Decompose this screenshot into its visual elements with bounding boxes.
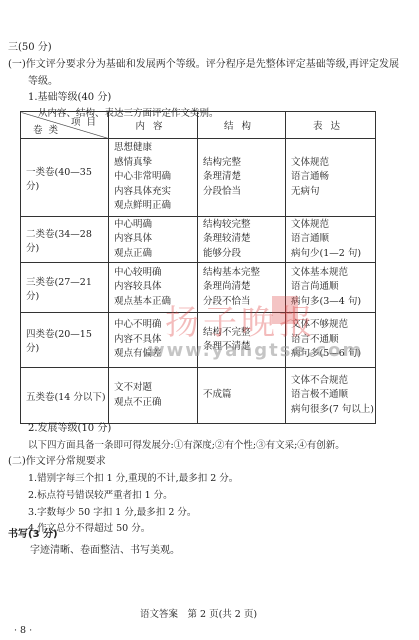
- rule-item: 1.错别字每三个扣 1 分,重现的不计,最多扣 2 分。: [28, 473, 238, 485]
- footer-center: 语文答案 第 2 页(共 2 页): [140, 609, 257, 621]
- structure-cell-line: 分段恰当: [203, 185, 285, 200]
- expression-cell-line: 文体规范: [291, 156, 375, 171]
- column-header-expression: 表达: [286, 112, 376, 139]
- table-header-row: 项目 卷类 内容 结构 表达: [21, 112, 376, 139]
- content-cell-line: 观点鲜明正确: [114, 199, 197, 214]
- development-grade-text: 以下四方面具备一条即可得发展分:①有深度;②有个性;③有文采;④有创新。: [28, 440, 345, 452]
- category-cell: 二类卷(34—28 分): [21, 217, 109, 263]
- content-cell: 中心不明确内容不具体观点有偏差: [109, 313, 198, 368]
- content-cell-line: 观点不正确: [114, 396, 197, 411]
- content-cell-line: 内容具体: [114, 232, 197, 247]
- structure-cell-line: 条理尚清楚: [203, 280, 285, 295]
- content-cell-line: 观点正确: [114, 247, 197, 262]
- content-cell-line: 中心不明确: [114, 318, 197, 333]
- writing-text: 字迹清晰、卷面整洁、书写美观。: [30, 545, 180, 557]
- expression-cell-line: 病句多(3—4 句): [291, 295, 375, 310]
- part2-heading: (二)作文评分常规要求: [8, 456, 106, 468]
- structure-cell: 结构完整条理清楚分段恰当: [198, 139, 286, 217]
- structure-cell-line: 条理清楚: [203, 170, 285, 185]
- expression-cell-line: 病句少(1—2 句): [291, 247, 375, 262]
- category-cell: 一类卷(40—35 分): [21, 139, 109, 217]
- structure-cell-line: 结构不完整: [203, 326, 285, 341]
- structure-cell: 不成篇: [198, 368, 286, 424]
- section-title: 三(50 分): [8, 42, 52, 54]
- content-cell: 中心明确内容具体观点正确: [109, 217, 198, 263]
- expression-cell-line: 无病句: [291, 185, 375, 200]
- header-corner-cell: 项目 卷类: [21, 112, 109, 139]
- writing-title: 书写(3 分): [8, 529, 58, 541]
- part1-heading-cont: 等级。: [28, 76, 58, 88]
- expression-cell-line: 文体基本规范: [291, 266, 375, 281]
- expression-cell: 文体规范语言通畅无病句: [286, 139, 376, 217]
- header-corner-bottom: 卷类: [33, 122, 64, 136]
- content-cell-line: 中心非常明确: [114, 170, 197, 185]
- structure-cell-line: 不成篇: [203, 388, 285, 403]
- structure-cell-line: 分段不恰当: [203, 295, 285, 310]
- content-cell-line: 感情真挚: [114, 156, 197, 171]
- content-cell-line: 文不对题: [114, 381, 197, 396]
- grading-table: 项目 卷类 内容 结构 表达 一类卷(40—35 分)思想健康感情真挚中心非常明…: [20, 111, 376, 424]
- column-header-content: 内容: [109, 112, 198, 139]
- expression-cell: 文体规范语言通顺病句少(1—2 句): [286, 217, 376, 263]
- content-cell-line: 内容不具体: [114, 333, 197, 348]
- expression-cell-line: 语言通顺: [291, 232, 375, 247]
- structure-cell-line: 能够分段: [203, 247, 285, 262]
- structure-cell: 结构基本完整条理尚清楚分段不恰当: [198, 263, 286, 313]
- category-cell: 四类卷(20—15 分): [21, 313, 109, 368]
- rule-item: 3.字数每少 50 字扣 1 分,最多扣 2 分。: [28, 507, 196, 519]
- basic-grade-title: 1.基础等级(40 分): [28, 92, 111, 104]
- expression-cell: 文体不够规范语言不通顺病句多(5—6 句): [286, 313, 376, 368]
- structure-cell-line: 结构完整: [203, 156, 285, 171]
- expression-cell-line: 文体不够规范: [291, 318, 375, 333]
- expression-cell: 文体基本规范语言尚通顺病句多(3—4 句): [286, 263, 376, 313]
- structure-cell-line: 条理不清楚: [203, 340, 285, 355]
- expression-cell-line: 语言极不通顺: [291, 388, 375, 403]
- structure-cell-line: 结构基本完整: [203, 266, 285, 281]
- content-cell-line: 内容较具体: [114, 280, 197, 295]
- expression-cell-line: 病句很多(7 句以上): [291, 403, 375, 418]
- expression-cell-line: 语言不通顺: [291, 333, 375, 348]
- rule-item: 2.标点符号错误较严重者扣 1 分。: [28, 490, 173, 502]
- expression-cell: 文体不合规范语言极不通顺病句很多(7 句以上): [286, 368, 376, 424]
- expression-cell-line: 语言尚通顺: [291, 280, 375, 295]
- expression-cell-line: 文体不合规范: [291, 374, 375, 389]
- expression-cell-line: 病句多(5—6 句): [291, 347, 375, 362]
- category-cell: 三类卷(27—21 分): [21, 263, 109, 313]
- content-cell: 文不对题观点不正确: [109, 368, 198, 424]
- table-row: 一类卷(40—35 分)思想健康感情真挚中心非常明确内容具体充实观点鲜明正确结构…: [21, 139, 376, 217]
- content-cell: 中心较明确内容较具体观点基本正确: [109, 263, 198, 313]
- header-corner-top: 项目: [71, 114, 102, 128]
- structure-cell: 结构较完整条理较清楚能够分段: [198, 217, 286, 263]
- page-number: · 8 ·: [14, 625, 32, 637]
- content-cell-line: 思想健康: [114, 141, 197, 156]
- content-cell-line: 观点基本正确: [114, 295, 197, 310]
- structure-cell: 结构不完整条理不清楚: [198, 313, 286, 368]
- content-cell-line: 中心较明确: [114, 266, 197, 281]
- content-cell: 思想健康感情真挚中心非常明确内容具体充实观点鲜明正确: [109, 139, 198, 217]
- content-cell-line: 内容具体充实: [114, 185, 197, 200]
- table-row: 四类卷(20—15 分)中心不明确内容不具体观点有偏差结构不完整条理不清楚文体不…: [21, 313, 376, 368]
- category-cell: 五类卷(14 分以下): [21, 368, 109, 424]
- part1-heading: (一)作文评分要求分为基础和发展两个等级。评分程序是先整体评定基础等级,再评定发…: [8, 59, 399, 71]
- table-row: 五类卷(14 分以下)文不对题观点不正确不成篇文体不合规范语言极不通顺病句很多(…: [21, 368, 376, 424]
- table-row: 二类卷(34—28 分)中心明确内容具体观点正确结构较完整条理较清楚能够分段文体…: [21, 217, 376, 263]
- content-cell-line: 中心明确: [114, 218, 197, 233]
- expression-cell-line: 语言通畅: [291, 170, 375, 185]
- table-row: 三类卷(27—21 分)中心较明确内容较具体观点基本正确结构基本完整条理尚清楚分…: [21, 263, 376, 313]
- development-grade-title: 2.发展等级(10 分): [28, 423, 111, 435]
- structure-cell-line: 条理较清楚: [203, 232, 285, 247]
- content-cell-line: 观点有偏差: [114, 347, 197, 362]
- structure-cell-line: 结构较完整: [203, 218, 285, 233]
- expression-cell-line: 文体规范: [291, 218, 375, 233]
- column-header-structure: 结构: [198, 112, 286, 139]
